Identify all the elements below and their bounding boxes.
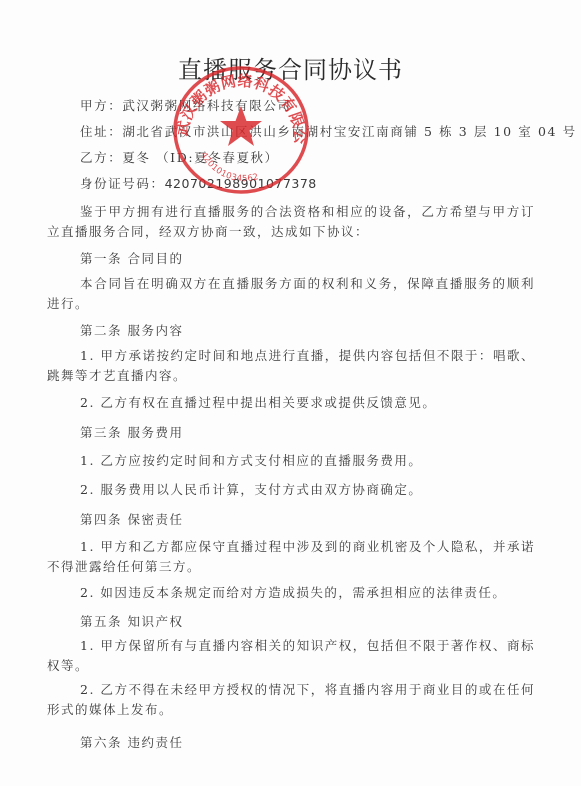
preamble-paragraph: 鉴于甲方拥有进行直播服务的合法资格和相应的设备，乙方希望与甲方订立直播服务合同，… <box>47 202 535 242</box>
id-number-label: 身份证号码： <box>80 176 165 191</box>
section-5-paragraph-2: 2. 乙方不得在未经甲方授权的情况下，将直播内容用于商业目的或在任何形式的媒体上… <box>47 680 535 720</box>
address-label: 住址： <box>80 124 122 139</box>
section-2-paragraph-1: 1. 甲方承诺按约定时间和地点进行直播，提供内容包括但不限于：唱歌、跳舞等才艺直… <box>47 346 535 386</box>
section-3-heading: 第三条 服务费用 <box>80 423 183 441</box>
company-seal-stamp: 武汉粥粥网络科技有限公司 4201010345627 <box>165 58 317 198</box>
section-2-paragraph-2: 2. 乙方有权在直播过程中提出相关要求或提供反馈意见。 <box>47 393 535 413</box>
section-1-heading: 第一条 合同目的 <box>80 249 183 267</box>
section-4-heading: 第四条 保密责任 <box>80 510 183 528</box>
section-2-heading: 第二条 服务内容 <box>80 321 183 339</box>
section-5-heading: 第五条 知识产权 <box>80 612 183 630</box>
section-4-paragraph-1: 1. 甲方和乙方都应保守直播过程中涉及到的商业机密及个人隐私，并承诺不得泄露给任… <box>47 537 535 577</box>
section-3-paragraph-2: 2. 服务费用以人民币计算，支付方式由双方协商确定。 <box>47 480 535 500</box>
section-3-paragraph-1: 1. 乙方应按约定时间和方式支付相应的直播服务费用。 <box>47 451 535 471</box>
contract-page: 直播服务合同协议书 甲方：武汉粥粥网络科技有限公司 住址：湖北省武汉市洪山区洪山… <box>0 0 581 786</box>
seal-star-icon <box>220 106 262 146</box>
party-a-label: 甲方： <box>80 98 122 113</box>
address-line: 住址：湖北省武汉市洪山区洪山乡南湖村宝安江南商铺 5 栋 3 层 10 室 04… <box>80 122 577 140</box>
section-5-paragraph-1: 1. 甲方保留所有与直播内容相关的知识产权，包括但不限于著作权、商标权等。 <box>47 636 535 676</box>
section-6-heading: 第六条 违约责任 <box>80 733 183 751</box>
section-4-paragraph-2: 2. 如因违反本条规定而给对方造成损失的，需承担相应的法律责任。 <box>47 583 535 603</box>
section-1-paragraph-1: 本合同旨在明确双方在直播服务方面的权利和义务，保障直播服务的顺利进行。 <box>47 274 535 314</box>
party-b-label: 乙方： <box>80 150 122 165</box>
